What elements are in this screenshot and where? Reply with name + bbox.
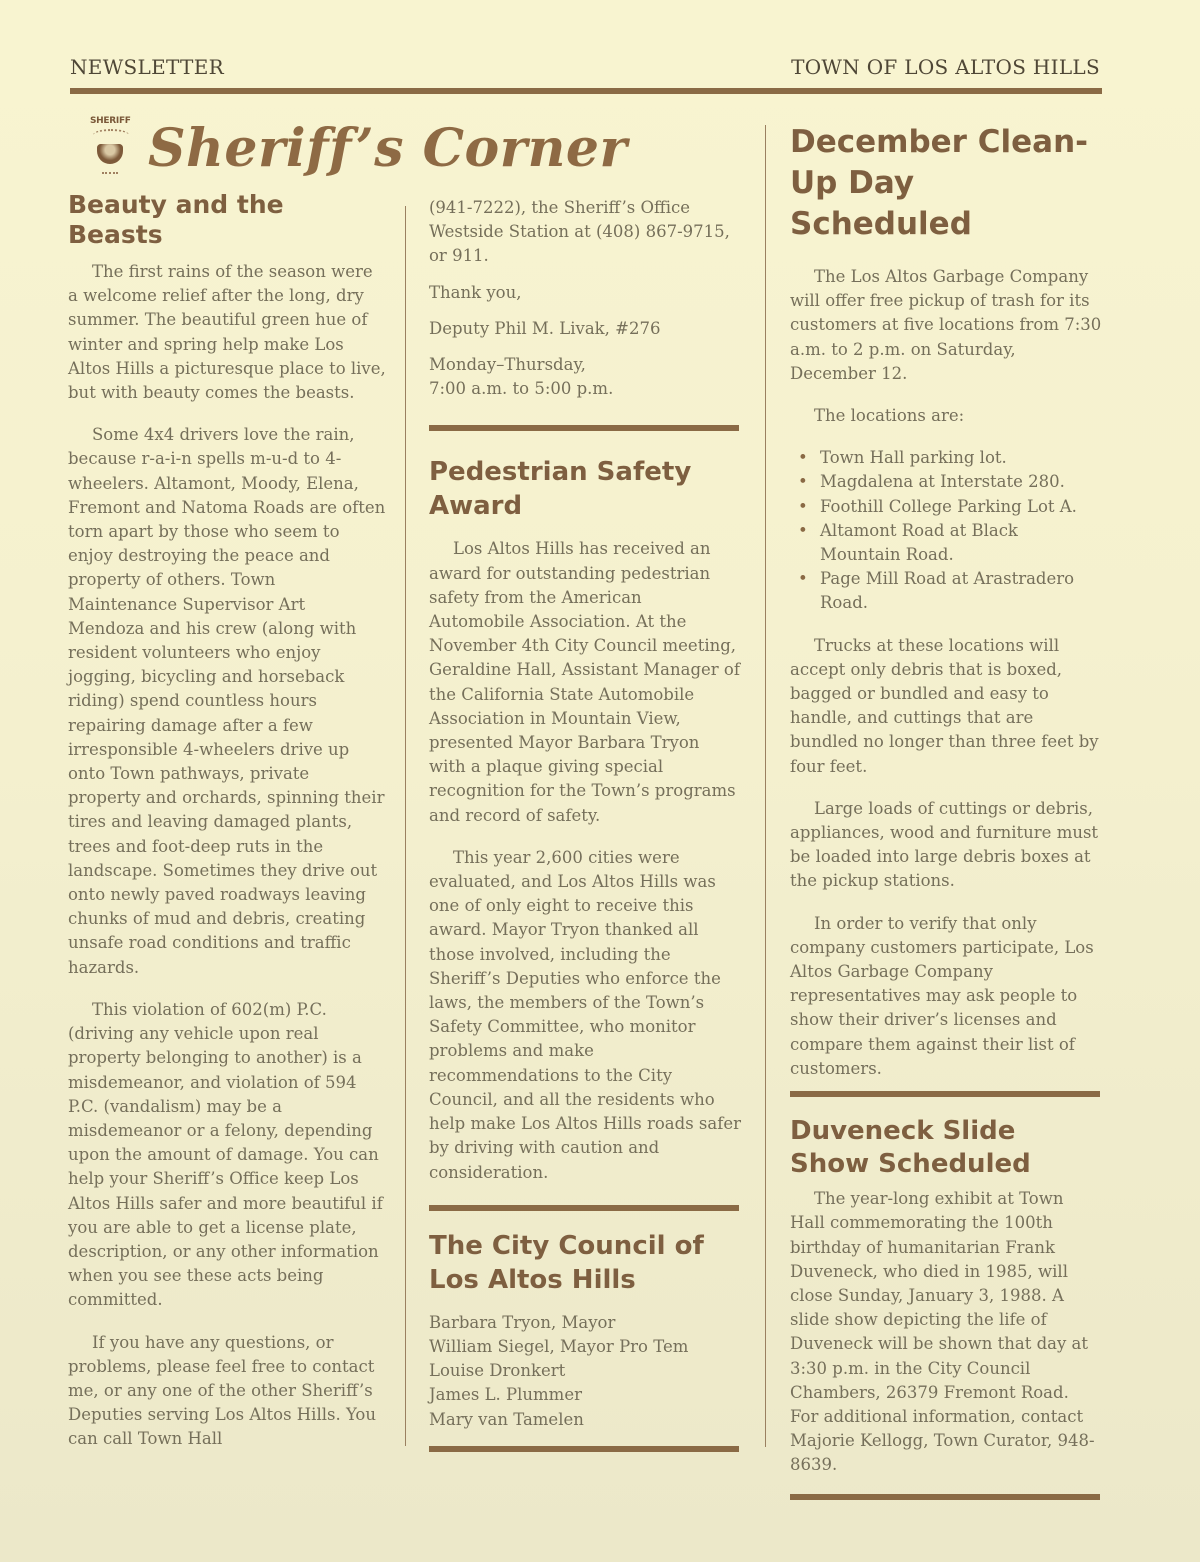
article-paragraph: The year-long exhibit at Town Hall comme… xyxy=(790,1187,1102,1477)
location-item: •Foothill College Parking Lot A. xyxy=(790,495,1102,519)
section-rule xyxy=(790,1494,1100,1500)
article-paragraph: (941-7222), the Sheriff’s Office Westsid… xyxy=(429,196,741,269)
article-cleanup-day: December Clean-Up Day Scheduled The Los … xyxy=(790,122,1102,1081)
locations-intro: The locations are: xyxy=(790,404,1102,428)
article-paragraph: Trucks at these locations will accept on… xyxy=(790,634,1102,779)
article-city-council: The City Council of Los Altos Hills Barb… xyxy=(429,1229,741,1432)
article-duveneck-slide-show: Duveneck Slide Show Scheduled The year-l… xyxy=(790,1115,1102,1477)
closing-line: Thank you, xyxy=(429,281,741,305)
article-title: Pedestrian Safety Award xyxy=(429,455,741,523)
column-divider xyxy=(405,206,406,1446)
article-title: Duveneck Slide Show Scheduled xyxy=(790,1115,1102,1181)
section-rule xyxy=(790,1091,1100,1097)
sheriff-badge-icon: SHERIFF xyxy=(88,112,136,184)
council-member: Mary van Tamelen xyxy=(429,1408,741,1432)
council-member: Louise Dronkert xyxy=(429,1359,741,1383)
location-item: •Altamont Road at Black Mountain Road. xyxy=(790,519,1102,567)
council-member: William Siegel, Mayor Pro Tem xyxy=(429,1335,741,1359)
article-beauty-and-the-beasts-continued: (941-7222), the Sheriff’s Office Westsid… xyxy=(429,196,741,401)
article-paragraph: Los Altos Hills has received an award fo… xyxy=(429,537,741,827)
running-header-right: TOWN OF LOS ALTOS HILLS xyxy=(791,55,1100,79)
column-divider xyxy=(765,125,766,1447)
section-rule xyxy=(429,1446,739,1452)
article-title: Beauty and the Beasts xyxy=(68,190,386,250)
location-item: •Town Hall parking lot. xyxy=(790,446,1102,470)
locations-list: •Town Hall parking lot. •Magdalena at In… xyxy=(790,446,1102,615)
sheriffs-corner-masthead: SHERIFF Sheriff’s Corner xyxy=(88,108,627,188)
article-paragraph: Some 4x4 drivers love the rain, because … xyxy=(68,423,386,980)
section-rule xyxy=(429,425,739,431)
running-header-left: NEWSLETTER xyxy=(70,55,224,79)
location-item: •Magdalena at Interstate 280. xyxy=(790,470,1102,494)
article-paragraph: Large loads of cuttings or debris, appli… xyxy=(790,797,1102,894)
location-item: •Page Mill Road at Arastradero Road. xyxy=(790,567,1102,615)
column-1: Beauty and the Beasts The first rains of… xyxy=(68,190,386,1470)
article-paragraph: This violation of 602(m) P.C. (driving a… xyxy=(68,998,386,1313)
article-paragraph: In order to verify that only company cus… xyxy=(790,912,1102,1081)
article-title: December Clean-Up Day Scheduled xyxy=(790,122,1102,245)
article-paragraph: The Los Altos Garbage Company will offer… xyxy=(790,265,1102,386)
bullet-icon: • xyxy=(798,519,808,543)
header-rule xyxy=(70,88,1102,94)
council-member: Barbara Tryon, Mayor xyxy=(429,1311,741,1335)
column-2: (941-7222), the Sheriff’s Office Westsid… xyxy=(429,196,741,1452)
bullet-icon: • xyxy=(798,470,808,494)
council-member-list: Barbara Tryon, Mayor William Siegel, May… xyxy=(429,1311,741,1432)
bullet-icon: • xyxy=(798,495,808,519)
article-paragraph: The first rains of the season were a wel… xyxy=(68,260,386,405)
council-member: James L. Plummer xyxy=(429,1383,741,1407)
bullet-icon: • xyxy=(798,567,808,591)
section-rule xyxy=(429,1205,739,1211)
signature-line: Deputy Phil M. Livak, #276 xyxy=(429,317,741,341)
masthead-title: Sheriff’s Corner xyxy=(148,118,627,179)
office-hours-time: 7:00 a.m. to 5:00 p.m. xyxy=(429,377,741,401)
article-paragraph: This year 2,600 cities were evaluated, a… xyxy=(429,846,741,1185)
article-title: The City Council of Los Altos Hills xyxy=(429,1229,741,1297)
column-3: December Clean-Up Day Scheduled The Los … xyxy=(790,122,1102,1518)
bullet-icon: • xyxy=(798,446,808,470)
office-hours-days: Monday–Thursday, xyxy=(429,353,741,377)
article-beauty-and-the-beasts: Beauty and the Beasts The first rains of… xyxy=(68,190,386,1452)
article-pedestrian-safety-award: Pedestrian Safety Award Los Altos Hills … xyxy=(429,455,741,1184)
article-paragraph: If you have any questions, or problems, … xyxy=(68,1331,386,1452)
